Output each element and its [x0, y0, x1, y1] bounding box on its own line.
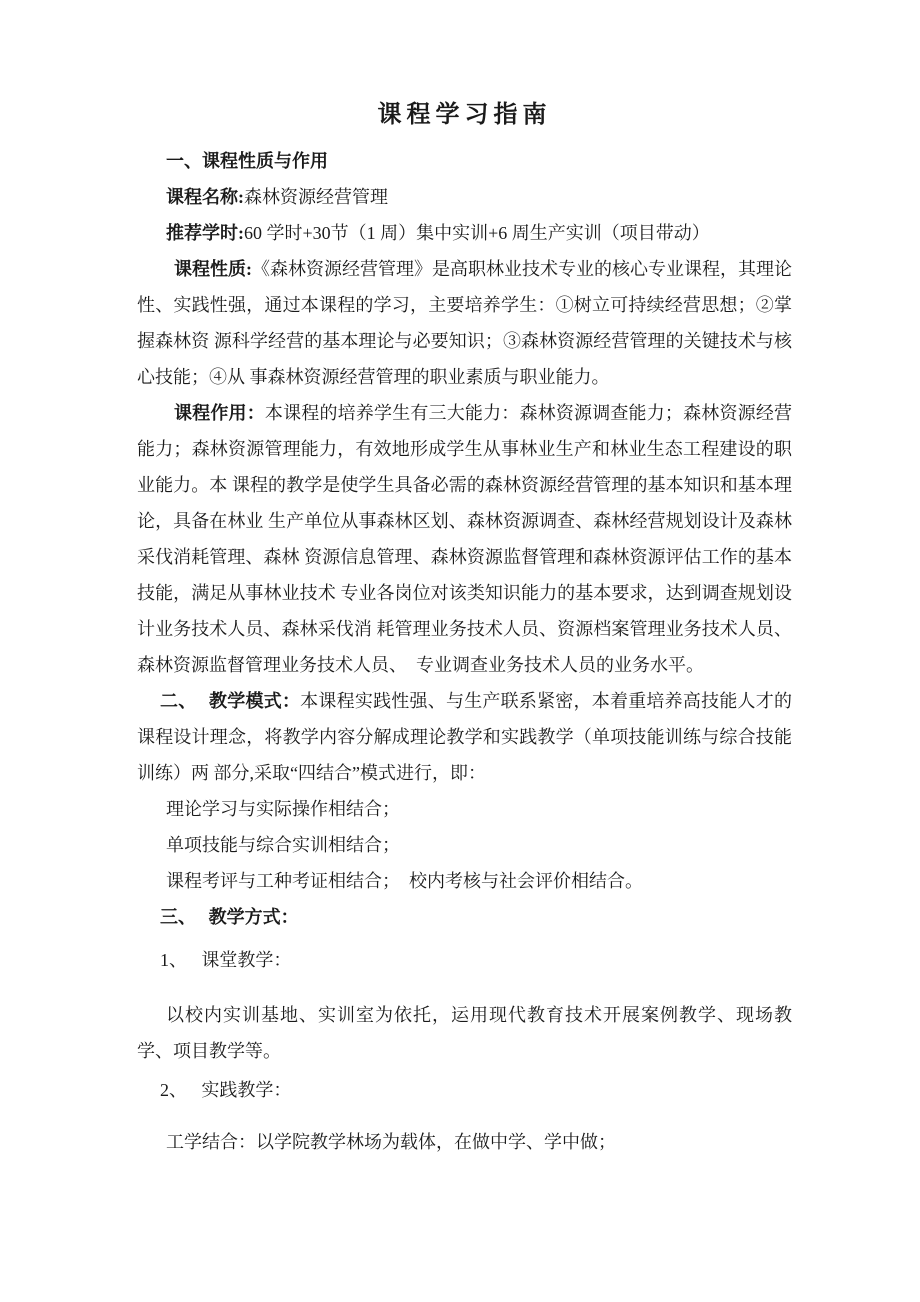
recommended-hours-line: 推荐学时:60 学时+30节（1 周）集中实训+6 周生产实训（项目带动）	[137, 215, 792, 251]
page-title: 课程学习指南	[137, 98, 792, 132]
method-1-number: 1、	[160, 950, 187, 970]
method-2-title: 实践教学：	[201, 1080, 291, 1100]
section-2-number: 二、	[160, 691, 196, 711]
method-2-heading-line: 2、实践教学：	[137, 1072, 792, 1108]
method-1-text: 以校内实训基地、实训室为依托，运用现代教育技术开展案例教学、现场教学、项目教学等…	[137, 997, 792, 1069]
method-1-heading-line: 1、课堂教学：	[137, 942, 792, 978]
course-role-paragraph: 课程作用：本课程的培养学生有三大能力：森林资源调查能力；森林资源经营能力；森林资…	[137, 395, 792, 683]
course-role-label: 课程作用：	[174, 403, 265, 423]
section-2-heading: 教学模式：	[209, 691, 300, 711]
course-name-line: 课程名称:森林资源经营管理	[137, 179, 792, 215]
section-2-paragraph: 二、教学模式：本课程实践性强、与生产联系紧密，本着重培养高技能人才的课程设计理念…	[137, 683, 792, 791]
mode-item-1: 理论学习与实际操作相结合；	[137, 791, 792, 827]
recommended-hours-label: 推荐学时:	[166, 223, 244, 243]
document-page: 课程学习指南 一、课程性质与作用 课程名称:森林资源经营管理 推荐学时:60 学…	[0, 0, 920, 1302]
section-3-heading: 教学方式：	[209, 907, 299, 927]
recommended-hours-value: 60 学时+30节（1 周）集中实训+6 周生产实训（项目带动）	[244, 223, 710, 243]
course-name-label: 课程名称:	[166, 187, 244, 207]
section-3-number: 三、	[160, 907, 196, 927]
method-2-text: 工学结合：以学院教学林场为载体，在做中学、学中做；	[137, 1124, 792, 1160]
course-nature-label: 课程性质:	[174, 259, 252, 279]
course-nature-paragraph: 课程性质:《森林资源经营管理》是高职林业技术专业的核心专业课程，其理论性、实践性…	[137, 251, 792, 395]
course-role-text: 本课程的培养学生有三大能力：森林资源调查能力；森林资源经营能力；森林资源管理能力…	[137, 403, 792, 675]
method-1-title: 课堂教学：	[201, 950, 291, 970]
mode-item-2: 单项技能与综合实训相结合；	[137, 827, 792, 863]
course-name-value: 森林资源经营管理	[244, 187, 388, 207]
mode-item-3: 课程考评与工种考证相结合； 校内考核与社会评价相结合。	[137, 863, 792, 899]
section-3-heading-line: 三、教学方式：	[137, 899, 792, 935]
method-2-number: 2、	[160, 1080, 187, 1100]
section-1-heading: 一、课程性质与作用	[137, 143, 792, 179]
